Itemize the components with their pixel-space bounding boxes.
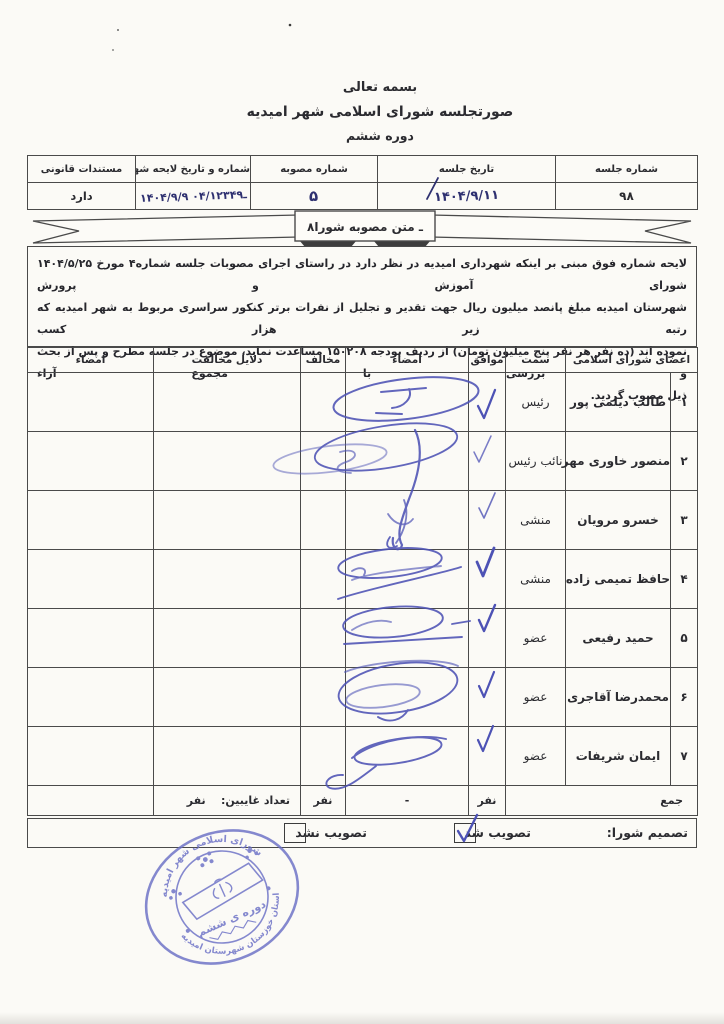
stamp-center-banner (179, 861, 266, 922)
stamp-center-text: دوره ی ششم (195, 897, 268, 939)
oppose-cell (301, 609, 346, 668)
ribbon-title: ۸ـ متن مصوبه شورا (307, 220, 424, 235)
stamp-flower-ornaments (158, 833, 276, 934)
oppose-cell (301, 432, 346, 491)
scan-specks (112, 24, 291, 51)
header-members: اعضای شورای اسلامی (566, 348, 698, 373)
member-no: ۵ (671, 609, 698, 668)
signature-cell (346, 609, 469, 668)
member-name: حمید رفیعی (566, 609, 671, 668)
member-role: عضو (506, 727, 566, 786)
oppose-reasons-cell (154, 550, 301, 609)
members-votes-table: اعضای شورای اسلامی سمت موافق امضاء مخالف… (27, 347, 698, 816)
header-agree: موافق (469, 348, 506, 373)
oppose-cell (301, 727, 346, 786)
signature-cell (346, 432, 469, 491)
info-header-legal-docs: مستندات قانونی (28, 156, 136, 183)
summary-agree-count: نفر (469, 786, 506, 816)
member-no: ۳ (671, 491, 698, 550)
header-oppose: مخالف (301, 348, 346, 373)
member-name: حافظ تمیمی زاده (566, 550, 671, 609)
member-no: ۱ (671, 373, 698, 432)
header-oppose-reasons: دلایل مخالفت (154, 348, 301, 373)
oppose-reasons-cell (154, 373, 301, 432)
member-role: رئیس (506, 373, 566, 432)
members-header-row: اعضای شورای اسلامی سمت موافق امضاء مخالف… (28, 348, 698, 373)
member-no: ۶ (671, 668, 698, 727)
oppose-cell (301, 373, 346, 432)
ribbon-left-tail (33, 215, 299, 243)
member-name: خسرو مرویان (566, 491, 671, 550)
stamp-inner-ring (161, 836, 282, 957)
signature-cell (346, 373, 469, 432)
signature-cell (346, 491, 469, 550)
member-row: ۳ خسرو مرویان منشی (28, 491, 698, 550)
member-role: عضو (506, 668, 566, 727)
resolution-text-box: لایحه شماره فوق مبنی بر اینکه شهرداری ام… (27, 246, 697, 347)
agree-cell (469, 373, 506, 432)
summary-signature-dash: - (346, 786, 469, 816)
agree-cell (469, 609, 506, 668)
header-role: سمت (506, 348, 566, 373)
signature2-cell (28, 609, 154, 668)
scan-edge-shadow (0, 1012, 724, 1024)
summary-row: جمع نفر - نفر تعداد غایبین: نفر (28, 786, 698, 816)
header-signature: امضاء (346, 348, 469, 373)
stamp-bottom-text: استان خوزستان شهرستان امیدیه (177, 889, 298, 975)
ribbon-right-tail (431, 215, 691, 243)
approved-checkbox (454, 823, 476, 843)
member-role: عضو (506, 609, 566, 668)
document-title: صورتجلسه شورای اسلامی شهر امیدیه (40, 104, 720, 120)
signature-cell (346, 668, 469, 727)
oppose-cell (301, 668, 346, 727)
oppose-cell (301, 550, 346, 609)
oppose-reasons-cell (154, 727, 301, 786)
oppose-reasons-cell (154, 609, 301, 668)
member-name: محمدرضا آقاجری (566, 668, 671, 727)
header-signature-2: امضاء (28, 348, 154, 373)
signature2-cell (28, 668, 154, 727)
summary-signature2-empty (28, 786, 154, 816)
agree-cell (469, 727, 506, 786)
member-name: طالب دیلمی پور (566, 373, 671, 432)
member-no: ۷ (671, 727, 698, 786)
document-subtitle: دوره ششم (40, 128, 720, 143)
agree-cell (469, 550, 506, 609)
member-row: ۶ محمدرضا آقاجری عضو (28, 668, 698, 727)
member-row: ۷ ایمان شریفات عضو (28, 727, 698, 786)
member-row: ۵ حمید رفیعی عضو (28, 609, 698, 668)
decision-label: تصمیم شورا: (607, 825, 688, 840)
signature2-cell (28, 727, 154, 786)
signature2-cell (28, 550, 154, 609)
oppose-reasons-cell (154, 432, 301, 491)
signature2-cell (28, 373, 154, 432)
member-role: منشی (506, 491, 566, 550)
session-info-table: شماره جلسه تاریخ جلسه شماره مصوبه شماره … (27, 155, 698, 210)
member-name: ایمان شریفات (566, 727, 671, 786)
info-header-letter-no-date: شماره و تاریخ لایحه شهرداری (136, 156, 251, 183)
oppose-reasons-cell (154, 491, 301, 550)
signature-cell (346, 550, 469, 609)
signature2-cell (28, 432, 154, 491)
agree-cell (469, 432, 506, 491)
stamp-emblem (209, 876, 234, 901)
info-header-resolution-no: شماره مصوبه (251, 156, 378, 183)
info-header-session-date: تاریخ جلسه (378, 156, 556, 183)
summary-absentees: تعداد غایبین: نفر (154, 786, 301, 816)
member-row: ۲ منصور خاوری مهر نائب رئیس (28, 432, 698, 491)
agree-cell (469, 668, 506, 727)
oppose-cell (301, 491, 346, 550)
oppose-reasons-cell (154, 668, 301, 727)
rejected-checkbox (284, 823, 306, 843)
info-header-session-no: شماره جلسه (556, 156, 698, 183)
summary-total-label: جمع (506, 786, 698, 816)
resolution-line: لایحه شماره فوق مبنی بر اینکه شهرداری ام… (37, 253, 687, 297)
agree-cell (469, 491, 506, 550)
bismillah-line: بسمه تعالی (40, 80, 720, 95)
document-header: بسمه تعالی صورتجلسه شورای اسلامی شهر امی… (40, 80, 720, 143)
resolution-line: شهرستان امیدیه مبلغ پانصد میلیون ریال جه… (37, 297, 687, 341)
council-decision-row: تصمیم شورا: تصویب شد تصویب نشد (27, 818, 697, 848)
member-no: ۲ (671, 432, 698, 491)
stamp-zigzag-ribbon (209, 918, 256, 942)
member-role: منشی (506, 550, 566, 609)
signature2-cell (28, 491, 154, 550)
member-no: ۴ (671, 550, 698, 609)
member-row: ۱ طالب دیلمی پور رئیس (28, 373, 698, 432)
member-name: منصور خاوری مهر (566, 432, 671, 491)
member-role: نائب رئیس (506, 432, 566, 491)
signature-cell (346, 727, 469, 786)
scanned-document-page: بسمه تعالی صورتجلسه شورای اسلامی شهر امی… (0, 0, 724, 1024)
member-row: ۴ حافظ تمیمی زاده منشی (28, 550, 698, 609)
summary-oppose-count: نفر (301, 786, 346, 816)
